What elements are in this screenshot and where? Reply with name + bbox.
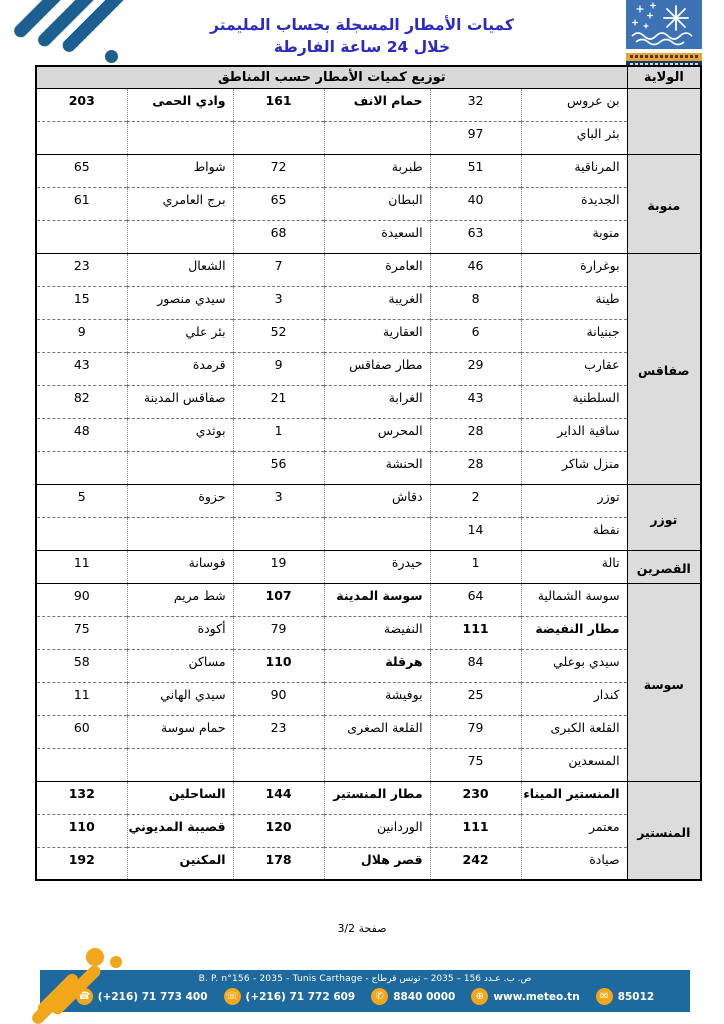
table-row: معتمر111الوردانين120قصيبة المديوني110 — [36, 814, 701, 847]
table-row: منزل شاكر28الحنشة56 — [36, 451, 701, 484]
station-cell: العقارية — [324, 319, 430, 352]
footer-sms: ✉ 85012 — [596, 988, 655, 1005]
value-cell: 178 — [233, 847, 324, 880]
value-cell: 120 — [233, 814, 324, 847]
table-row: بن عروس32حمام الانف161وادي الحمى203 — [36, 88, 701, 121]
value-cell: 110 — [36, 814, 127, 847]
station-cell: حيدرة — [324, 550, 430, 583]
value-cell: 14 — [430, 517, 521, 550]
table-row: القصرينتالة1حيدرة19فوسانة11 — [36, 550, 701, 583]
value-cell: 161 — [233, 88, 324, 121]
station-cell: المحرس — [324, 418, 430, 451]
value-cell: 79 — [233, 616, 324, 649]
value-cell: 230 — [430, 781, 521, 814]
value-cell: 111 — [430, 814, 521, 847]
station-cell: وادي الحمى — [127, 88, 233, 121]
call-center-number: 8840 0000 — [393, 991, 455, 1003]
value-cell: 21 — [233, 385, 324, 418]
table-row: عقارب29مطار صفاقس9قرمدة43 — [36, 352, 701, 385]
value-cell: 144 — [233, 781, 324, 814]
station-cell: شواط — [127, 154, 233, 187]
table-row: سيدي بوعلي84هرقلة110مساكن58 — [36, 649, 701, 682]
station-cell: فوسانة — [127, 550, 233, 583]
value-cell: 242 — [430, 847, 521, 880]
inm-logo — [626, 0, 702, 64]
station-cell: الساحلين — [127, 781, 233, 814]
station-cell: الجديدة — [521, 187, 627, 220]
station-cell: سيدي بوعلي — [521, 649, 627, 682]
value-cell: 40 — [430, 187, 521, 220]
value-cell: 19 — [233, 550, 324, 583]
value-cell: 7 — [233, 253, 324, 286]
station-cell: برج العامري — [127, 187, 233, 220]
value-cell: 51 — [430, 154, 521, 187]
value-cell: 58 — [36, 649, 127, 682]
table-row: الجديدة40البطان65برج العامري61 — [36, 187, 701, 220]
station-cell: المرناقية — [521, 154, 627, 187]
value-cell: 84 — [430, 649, 521, 682]
station-cell: النفيضة — [324, 616, 430, 649]
rain-stripes-logo-icon — [22, 0, 152, 67]
value-cell: 9 — [36, 319, 127, 352]
value-cell: 65 — [233, 187, 324, 220]
station-cell: شط مريم — [127, 583, 233, 616]
globe-icon: ⊕ — [471, 988, 488, 1005]
table-row: منوبة63السعيدة68 — [36, 220, 701, 253]
value-cell: 203 — [36, 88, 127, 121]
station-cell: قصر هلال — [324, 847, 430, 880]
station-cell: توزر — [521, 484, 627, 517]
value-cell: 23 — [233, 715, 324, 748]
value-cell: 61 — [36, 187, 127, 220]
footer-fax: ☏ (+216) 71 772 609 — [224, 988, 356, 1005]
station-cell: العامرة — [324, 253, 430, 286]
footer-phone: ☎ (+216) 71 773 400 — [76, 988, 208, 1005]
station-cell: مطار النفيضة — [521, 616, 627, 649]
value-cell — [233, 517, 324, 550]
station-cell: القلعة الصغرى — [324, 715, 430, 748]
value-cell: 79 — [430, 715, 521, 748]
value-cell: 9 — [233, 352, 324, 385]
station-cell: منزل شاكر — [521, 451, 627, 484]
value-cell: 90 — [36, 583, 127, 616]
wilaya-cell: سوسة — [627, 583, 701, 781]
station-cell: الشعال — [127, 253, 233, 286]
station-cell: سوسة الشمالية — [521, 583, 627, 616]
value-cell — [36, 517, 127, 550]
rain-table-body: بن عروس32حمام الانف161وادي الحمى203بئر ا… — [36, 88, 701, 880]
station-cell: حزوة — [127, 484, 233, 517]
value-cell: 75 — [430, 748, 521, 781]
value-cell: 1 — [430, 550, 521, 583]
table-header-row: الولاية توزيع كميات الأمطار حسب المناطق — [36, 66, 701, 88]
value-cell: 82 — [36, 385, 127, 418]
station-cell: حمام سوسة — [127, 715, 233, 748]
decor-dot — [86, 948, 104, 966]
station-cell: دقاش — [324, 484, 430, 517]
value-cell: 52 — [233, 319, 324, 352]
wilaya-column-header: الولاية — [627, 66, 701, 88]
station-cell — [127, 748, 233, 781]
value-cell: 110 — [233, 649, 324, 682]
station-cell: حمام الانف — [324, 88, 430, 121]
station-cell — [324, 517, 430, 550]
value-cell: 25 — [430, 682, 521, 715]
station-cell: صيادة — [521, 847, 627, 880]
station-cell: الحنشة — [324, 451, 430, 484]
footer-call-center: ✆ 8840 0000 — [371, 988, 455, 1005]
station-cell: البطان — [324, 187, 430, 220]
station-cell: سيدي الهاني — [127, 682, 233, 715]
station-cell: مطار المنستير — [324, 781, 430, 814]
value-cell: 107 — [233, 583, 324, 616]
table-row: مطار النفيضة111النفيضة79أكودة75 — [36, 616, 701, 649]
value-cell: 90 — [233, 682, 324, 715]
station-cell: بوفيشة — [324, 682, 430, 715]
value-cell — [36, 451, 127, 484]
page-title: كميات الأمطار المسجلة بحساب المليمتر خلا… — [162, 14, 562, 59]
station-cell — [127, 220, 233, 253]
station-cell: قصيبة المديوني — [127, 814, 233, 847]
value-cell: 72 — [233, 154, 324, 187]
value-cell — [36, 748, 127, 781]
value-cell: 111 — [430, 616, 521, 649]
station-cell: بئر علي — [127, 319, 233, 352]
value-cell: 28 — [430, 451, 521, 484]
value-cell: 3 — [233, 286, 324, 319]
value-cell: 3 — [233, 484, 324, 517]
footer-contacts: ☎ (+216) 71 773 400 ☏ (+216) 71 772 609 … — [40, 988, 690, 1005]
table-row: نفطة14 — [36, 517, 701, 550]
value-cell: 75 — [36, 616, 127, 649]
value-cell: 28 — [430, 418, 521, 451]
wilaya-cell: صفاقس — [627, 253, 701, 484]
station-cell: المكنين — [127, 847, 233, 880]
value-cell: 43 — [430, 385, 521, 418]
table-row: توزرتوزر2دقاش3حزوة5 — [36, 484, 701, 517]
value-cell: 11 — [36, 550, 127, 583]
value-cell: 23 — [36, 253, 127, 286]
station-cell: منوبة — [521, 220, 627, 253]
station-cell: طينة — [521, 286, 627, 319]
value-cell: 56 — [233, 451, 324, 484]
call-center-icon: ✆ — [371, 988, 388, 1005]
page-number: صفحة 3/2 — [0, 922, 724, 935]
inm-logo-orange-band — [626, 53, 702, 61]
table-row: المسعدين75 — [36, 748, 701, 781]
station-cell: أكودة — [127, 616, 233, 649]
value-cell: 65 — [36, 154, 127, 187]
station-cell — [127, 121, 233, 154]
value-cell: 63 — [430, 220, 521, 253]
value-cell: 1 — [233, 418, 324, 451]
station-cell: مطار صفاقس — [324, 352, 430, 385]
table-row: القلعة الكبرى79القلعة الصغرى23حمام سوسة6… — [36, 715, 701, 748]
station-cell: بئر الباي — [521, 121, 627, 154]
decor-dot — [110, 956, 122, 968]
value-cell: 48 — [36, 418, 127, 451]
value-cell: 43 — [36, 352, 127, 385]
table-row: السلطنية43الغرابة21صفاقس المدينة82 — [36, 385, 701, 418]
station-cell: جبنيانة — [521, 319, 627, 352]
wilaya-cell: منوبة — [627, 154, 701, 253]
value-cell — [36, 220, 127, 253]
table-row: منوبةالمرناقية51طبربة72شواط65 — [36, 154, 701, 187]
wilaya-cell: القصرين — [627, 550, 701, 583]
station-cell: المسعدين — [521, 748, 627, 781]
sms-icon: ✉ — [596, 988, 613, 1005]
station-cell: نفطة — [521, 517, 627, 550]
station-cell: الغريبة — [324, 286, 430, 319]
station-cell: المنستير الميناء — [521, 781, 627, 814]
value-cell: 192 — [36, 847, 127, 880]
station-cell: عقارب — [521, 352, 627, 385]
station-cell — [127, 451, 233, 484]
table-row: صفاقسبوغرارة46العامرة7الشعال23 — [36, 253, 701, 286]
value-cell — [36, 121, 127, 154]
footer-website[interactable]: ⊕ www.meteo.tn — [471, 988, 579, 1005]
title-line-1: كميات الأمطار المسجلة بحساب المليمتر — [162, 14, 562, 36]
table-row: ساقية الداير28المحرس1بوثدي48 — [36, 418, 701, 451]
value-cell: 5 — [36, 484, 127, 517]
table-row: بئر الباي97 — [36, 121, 701, 154]
wilaya-cell: توزر — [627, 484, 701, 550]
station-cell: السعيدة — [324, 220, 430, 253]
station-cell: الغرابة — [324, 385, 430, 418]
table-row: المنستيرالمنستير الميناء230مطار المنستير… — [36, 781, 701, 814]
footer-bar: ص. ب. عـدد 156 – 2035 – تونس قرطاج - B. … — [40, 970, 690, 1012]
station-cell: سيدي منصور — [127, 286, 233, 319]
distribution-header: توزيع كميات الأمطار حسب المناطق — [36, 66, 627, 88]
table-row: صيادة242قصر هلال178المكنين192 — [36, 847, 701, 880]
inm-logo-small-text — [630, 55, 698, 58]
station-cell — [127, 517, 233, 550]
value-cell: 11 — [36, 682, 127, 715]
value-cell: 2 — [430, 484, 521, 517]
table-row: كندار25بوفيشة90سيدي الهاني11 — [36, 682, 701, 715]
station-cell: بوغرارة — [521, 253, 627, 286]
fax-icon: ☏ — [224, 988, 241, 1005]
document-page: كميات الأمطار المسجلة بحساب المليمتر خلا… — [0, 0, 724, 1024]
station-cell: صفاقس المدينة — [127, 385, 233, 418]
station-cell: كندار — [521, 682, 627, 715]
title-line-2: خلال 24 ساعة الفارطة — [162, 36, 562, 58]
value-cell: 46 — [430, 253, 521, 286]
website-url[interactable]: www.meteo.tn — [493, 991, 579, 1003]
table-row: سوسةسوسة الشمالية64سوسة المدينة107شط مري… — [36, 583, 701, 616]
value-cell: 132 — [36, 781, 127, 814]
wilaya-cell: المنستير — [627, 781, 701, 880]
value-cell: 8 — [430, 286, 521, 319]
station-cell: الوردانين — [324, 814, 430, 847]
value-cell: 97 — [430, 121, 521, 154]
station-cell: مساكن — [127, 649, 233, 682]
value-cell: 6 — [430, 319, 521, 352]
phone-number: (+216) 71 773 400 — [98, 991, 208, 1003]
station-cell — [324, 121, 430, 154]
value-cell — [233, 121, 324, 154]
station-cell: بن عروس — [521, 88, 627, 121]
station-cell: السلطنية — [521, 385, 627, 418]
rainfall-table: الولاية توزيع كميات الأمطار حسب المناطق … — [35, 65, 702, 881]
table-row: طينة8الغريبة3سيدي منصور15 — [36, 286, 701, 319]
station-cell: ساقية الداير — [521, 418, 627, 451]
value-cell: 68 — [233, 220, 324, 253]
sms-number: 85012 — [618, 991, 655, 1003]
station-cell: هرقلة — [324, 649, 430, 682]
table-row: جبنيانة6العقارية52بئر علي9 — [36, 319, 701, 352]
value-cell: 60 — [36, 715, 127, 748]
value-cell: 64 — [430, 583, 521, 616]
fax-number: (+216) 71 772 609 — [246, 991, 356, 1003]
station-cell: سوسة المدينة — [324, 583, 430, 616]
value-cell: 29 — [430, 352, 521, 385]
station-cell: تالة — [521, 550, 627, 583]
station-cell: بوثدي — [127, 418, 233, 451]
value-cell: 32 — [430, 88, 521, 121]
value-cell: 15 — [36, 286, 127, 319]
station-cell — [324, 748, 430, 781]
station-cell: معتمر — [521, 814, 627, 847]
station-cell: القلعة الكبرى — [521, 715, 627, 748]
station-cell: قرمدة — [127, 352, 233, 385]
inm-logo-art-icon — [626, 0, 702, 49]
phone-icon: ☎ — [76, 988, 93, 1005]
wilaya-cell — [627, 88, 701, 154]
footer-address: ص. ب. عـدد 156 – 2035 – تونس قرطاج - B. … — [40, 970, 690, 984]
value-cell — [233, 748, 324, 781]
station-cell: طبربة — [324, 154, 430, 187]
logo-dot — [105, 50, 118, 63]
